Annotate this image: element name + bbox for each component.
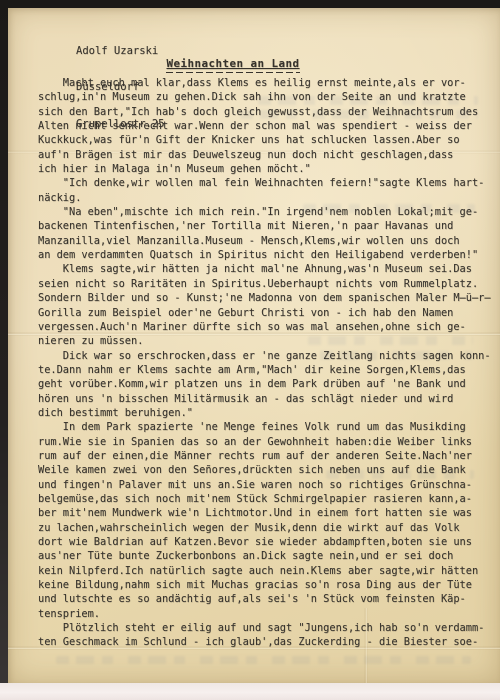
scan-bottom-band [0,683,500,700]
typewritten-page: Adolf Uzarski Düsseldorf Grupellostr.25 … [8,8,500,683]
typed-line: seien nicht so Raritäten in Spiritus.Ueb… [38,277,488,291]
typed-line: backenen Tintenfischen,'ner Tortilla mit… [38,219,488,233]
typed-line: und fingen'n Palaver mit uns an.Sie ware… [38,478,488,492]
ink-bleed-ghost-text [56,656,471,664]
typed-line: ich hier in Malaga in'n Museum gehen möc… [38,162,488,176]
typed-line: belgemüse,das sich noch mit'nem Stück Sc… [38,492,488,506]
typed-line: Weile kamen zwei von den Señores,drückte… [38,463,488,477]
typed-line: hören uns 'n bisschen Militärmusik an - … [38,392,488,406]
typed-line: ten Geschmack im Schlund - ich glaub',da… [38,635,488,649]
typed-line: Gorilla zum Beispiel oder'ne Geburt Chri… [38,306,488,320]
typed-line: Dick war so erschrocken,dass er 'ne ganz… [38,349,488,363]
typed-line: aus'ner Tüte bunte Zuckerbonbons an.Dick… [38,549,488,563]
page-title: Weihnachten an Land [166,57,299,73]
typed-line: geht vorüber.Komm,wir platzen uns in dem… [38,377,488,391]
typed-line: rum auf der einen,die Männer rechts rum … [38,449,488,463]
typed-line: auf'n Brägen ist mir das Deuwelszeug nun… [38,148,488,162]
typed-line: Alten nicht senkrecht war.Wenn der schon… [38,119,488,133]
typed-line: ber mit'nem Mundwerk wie'n Lichtmotor.Un… [38,506,488,520]
typed-line: In dem Park spazierte 'ne Menge feines V… [38,420,488,434]
typed-line: nieren zu müssen. [38,334,488,348]
title-row: Weihnachten an Land [38,52,428,73]
typed-line: Kuckkuck,was für'n Gift der Knicker uns … [38,133,488,147]
typed-line: kein Nilpferd.Ich natürlich sagte auch n… [38,564,488,578]
typed-line: Klems sagte,wir hätten ja nicht mal'ne A… [38,262,488,276]
typed-line: Plötzlich steht er eilig auf und sagt "J… [38,621,488,635]
typed-line: Sondern Bilder und so - Kunst;'ne Madonn… [38,291,488,305]
typed-line: Macht euch mal klar,dass Klems es heilig… [38,76,488,90]
typed-line: tenspriem. [38,607,488,621]
typed-line: zu lachen,wahrscheinlich wegen der Musik… [38,521,488,535]
typed-line: und lutschte es so andächtig auf,als sei… [38,592,488,606]
typed-line: dich bestimmt beruhigen." [38,406,488,420]
typed-line: "Na eben",mischte ich mich rein."In irge… [38,205,488,219]
typed-line: schlug,in'n Museum zu gehen.Dick sah ihn… [38,90,488,104]
typed-line: Manzanilla,viel Manzanilla.Museum - Mens… [38,234,488,248]
typed-line: keine Bildung,nahm sich mit Muchas graci… [38,578,488,592]
typed-line: sich den Bart,"Ich hab's doch gleich gew… [38,105,488,119]
typed-line: näckig. [38,191,488,205]
typed-line: rum.Wie sie in Spanien das so an der Gew… [38,435,488,449]
typed-line: an dem verdammten Quatsch in Spiritus ni… [38,248,488,262]
typed-line: vergessen.Auch'n Mariner dürfte sich so … [38,320,488,334]
typed-line: te.Dann nahm er Klems sachte am Arm,"Mac… [38,363,488,377]
typed-line: dort wie Baldrian auf Katzen.Bevor sie w… [38,535,488,549]
typed-body: Macht euch mal klar,dass Klems es heilig… [38,76,488,650]
typed-line: "Ich denke,wir wollen mal fein Weihnacht… [38,176,488,190]
